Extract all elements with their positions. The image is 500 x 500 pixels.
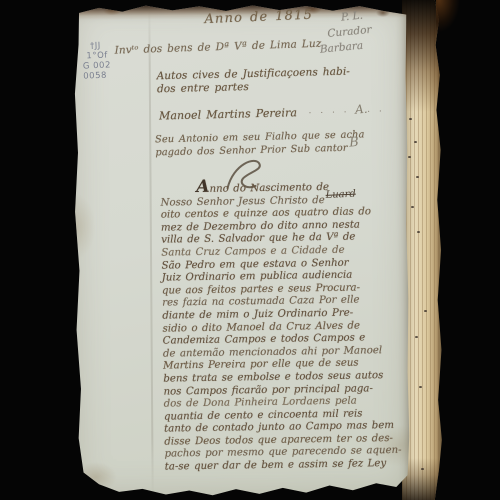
exhibit-marker-b: B — [349, 135, 360, 151]
fold-crease — [148, 5, 153, 497]
ink-speck — [414, 141, 417, 143]
ink-speck — [416, 176, 419, 178]
ink-speck — [411, 206, 414, 208]
ink-speck — [419, 386, 422, 388]
scanned-document-photo: Anno de 1815 P. L.CuradorBarbara †JJ1°Of… — [0, 0, 500, 500]
archival-code-line: 0058 — [83, 70, 111, 81]
subject-lines: Autos cives de Justificaçoens habi- dos … — [157, 66, 351, 97]
corner-note: P. L.CuradorBarbara — [316, 8, 373, 58]
year-heading: Anno de 1815 — [204, 8, 313, 28]
exhibit-marker-a: A. — [355, 102, 369, 117]
manuscript-page: Anno de 1815 P. L.CuradorBarbara †JJ1°Of… — [72, 3, 409, 497]
ink-speck — [415, 336, 418, 338]
case-title-line: Invᵗᵒ dos bens de Dª Vª de Lima Luz — [114, 38, 321, 57]
ink-speck — [409, 118, 412, 120]
struck-word: Luard — [325, 189, 356, 201]
ink-speck — [424, 310, 427, 312]
ink-speck — [417, 231, 420, 233]
ink-speck — [408, 156, 411, 158]
archival-code-line: G 002 — [83, 60, 111, 71]
leader-dots: · · · · · · · — [308, 107, 384, 119]
burnt-corner — [436, 0, 466, 52]
party-a-name: Manoel Martins Pereira — [159, 106, 297, 122]
ink-speck — [421, 468, 424, 470]
darkened-bottom-edge — [402, 458, 444, 500]
archival-code: †JJ1°OfG 0020058 — [82, 40, 112, 81]
party-a-row: Manoel Martins Pereira · · · · · · · — [159, 104, 385, 123]
manuscript-body: Anno do Nascimento deNosso Senhor Jesus … — [160, 178, 403, 474]
